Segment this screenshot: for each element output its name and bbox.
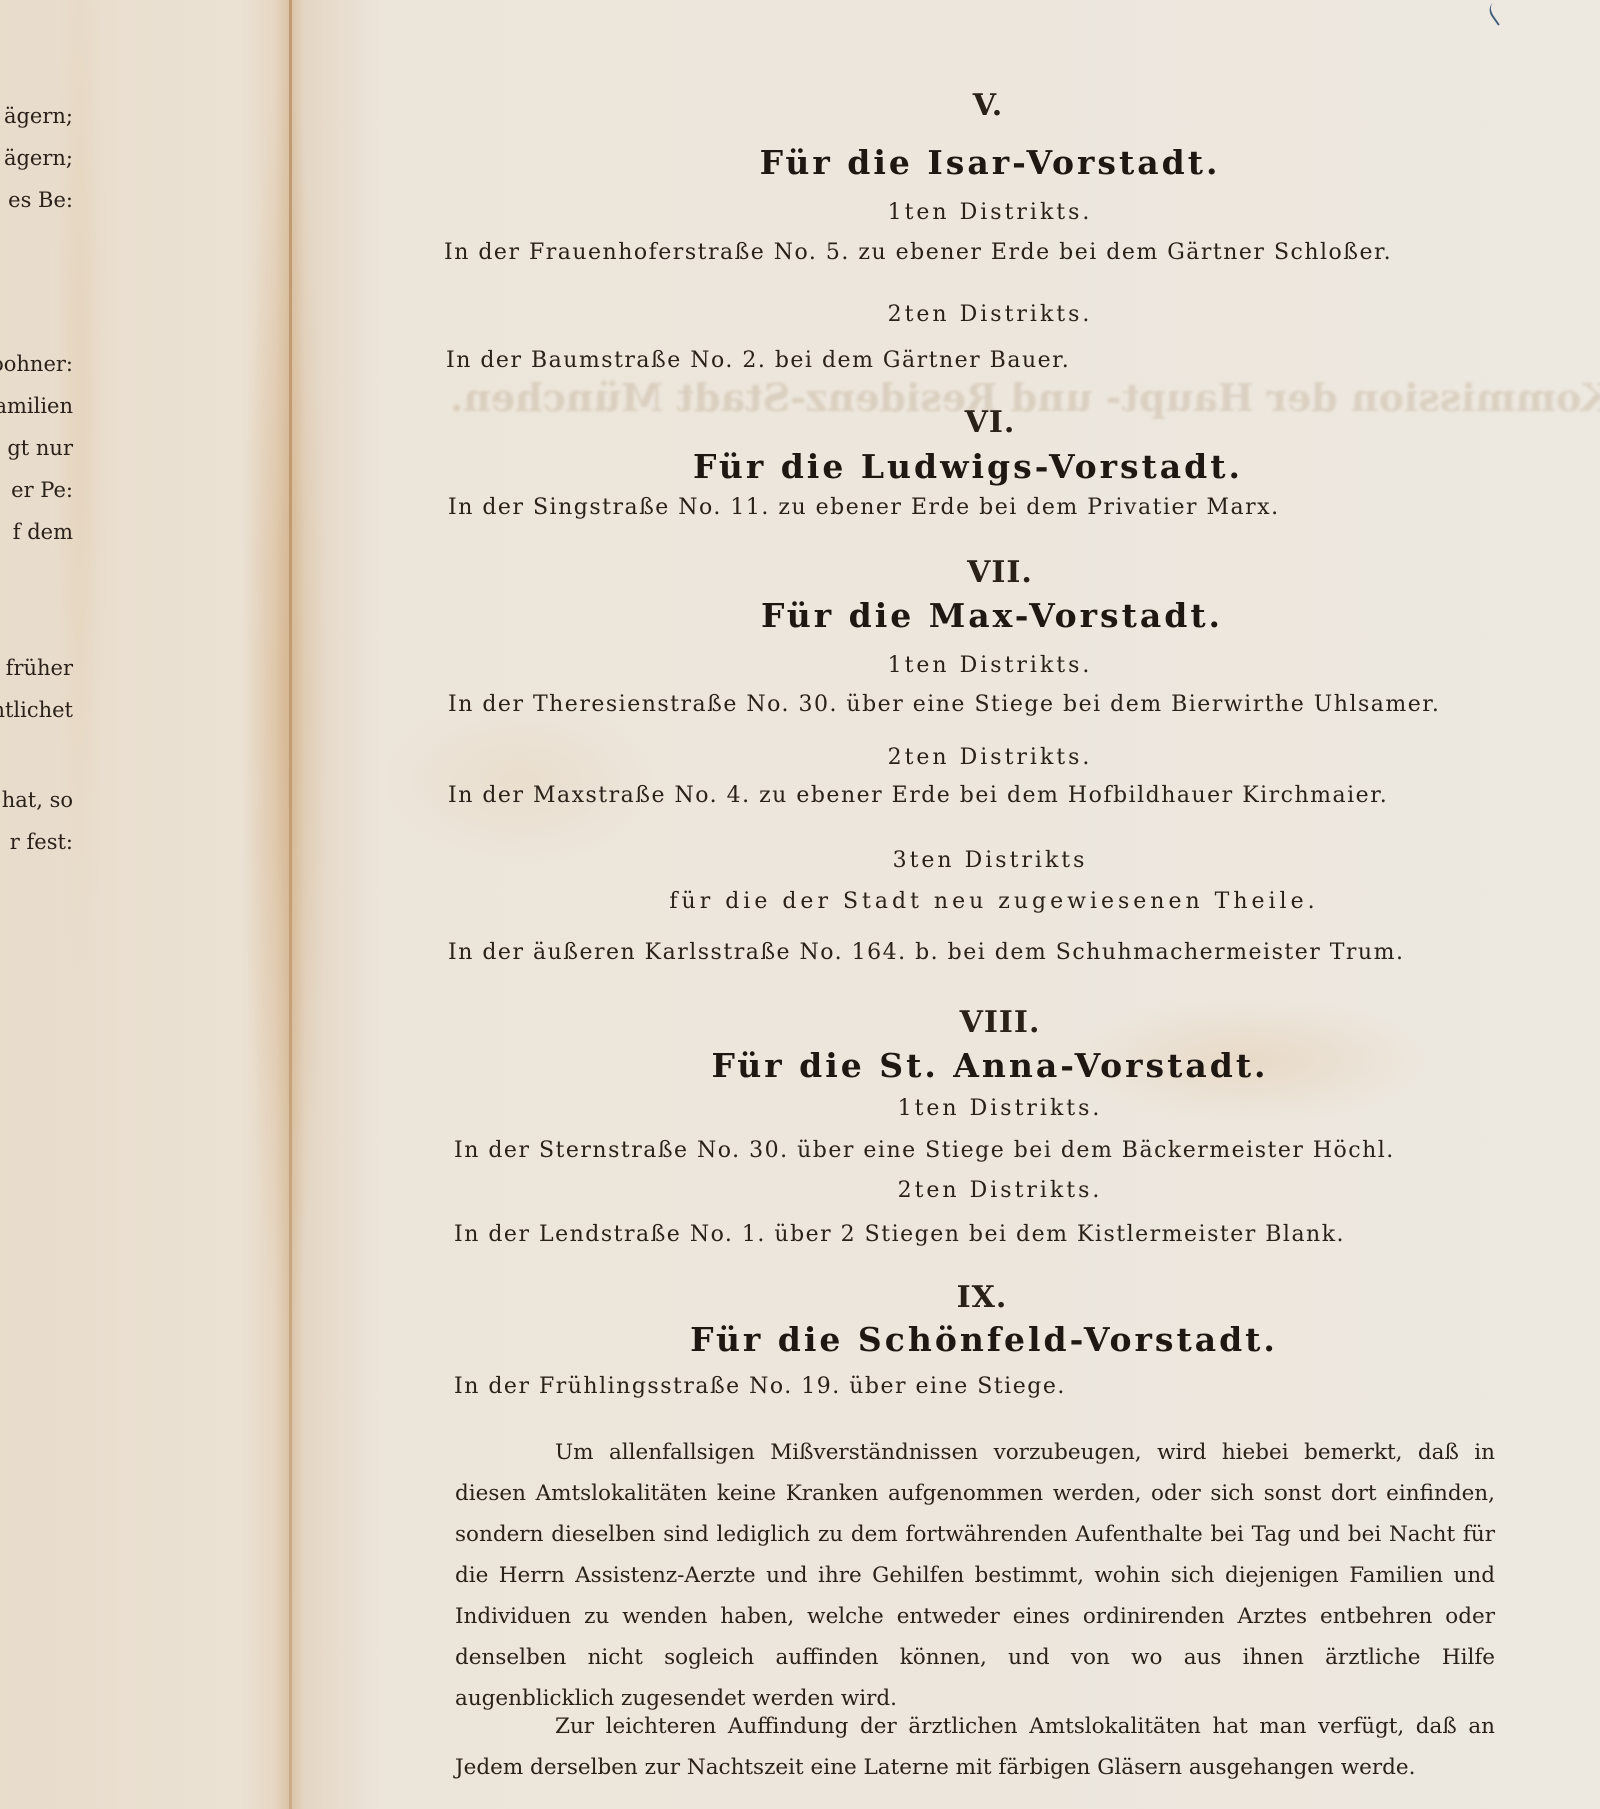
left-page-line: ntlichet — [0, 689, 73, 731]
district-label: 3ten Distrikts — [460, 848, 1520, 873]
left-page-line: ägern; — [4, 95, 73, 137]
section-numeral: VIII. — [470, 1005, 1530, 1040]
section-heading: Für die St. Anna-Vorstadt. — [460, 1046, 1520, 1085]
district-address: In der Frauenhoferstraße No. 5. zu ebene… — [444, 240, 1392, 265]
section-heading: Für die Ludwigs-Vorstadt. — [438, 447, 1498, 486]
left-page-line: ägern; — [4, 137, 73, 179]
district-label: 2ten Distrikts. — [470, 1178, 1530, 1203]
district-label: 1ten Distrikts. — [460, 653, 1520, 678]
district-address: In der äußeren Karlsstraße No. 164. b. b… — [448, 940, 1404, 965]
section-heading: Für die Max-Vorstadt. — [462, 596, 1522, 635]
district-label: 1ten Distrikts. — [460, 200, 1520, 225]
notice-paragraph: Um allenfallsigen Mißverständnissen vorz… — [455, 1432, 1495, 1719]
section-numeral: V. — [458, 88, 1518, 123]
district-address: In der Theresienstraße No. 30. über eine… — [448, 692, 1440, 717]
section-heading: Für die Schönfeld-Vorstadt. — [454, 1320, 1514, 1359]
district-address: In der Singstraße No. 11. zu ebener Erde… — [448, 495, 1280, 520]
left-page-line: gt nur — [7, 427, 73, 469]
district-label: 2ten Distrikts. — [460, 302, 1520, 327]
left-page-line: amilien — [0, 385, 73, 427]
district-sublabel: für die der Stadt neu zugewiesenen Theil… — [464, 889, 1524, 914]
notice-text: Zur leichteren Auffindung der ärztlichen… — [455, 1706, 1495, 1788]
left-page-line: es Be: — [8, 179, 73, 221]
left-page-line: oohner: — [0, 343, 73, 385]
section-numeral: VII. — [470, 555, 1530, 590]
notice-text: Um allenfallsigen Mißverständnissen vorz… — [455, 1432, 1495, 1719]
district-label: 2ten Distrikts. — [460, 745, 1520, 770]
page-fold-gutter — [289, 0, 292, 1809]
district-address: In der Maxstraße No. 4. zu ebener Erde b… — [448, 783, 1388, 808]
left-page-line: früher — [6, 647, 73, 689]
left-page-fragment: ägern; ägern; es Be: oohner: amilien gt … — [0, 95, 75, 875]
district-address: In der Frühlingsstraße No. 19. über eine… — [454, 1374, 1066, 1399]
notice-paragraph: Zur leichteren Auffindung der ärztlichen… — [455, 1706, 1495, 1788]
district-address: In der Lendstraße No. 1. über 2 Stiegen … — [454, 1222, 1345, 1247]
district-address: In der Sternstraße No. 30. über eine Sti… — [454, 1138, 1395, 1163]
left-page-line: er Pe: — [11, 469, 73, 511]
left-page-line: f dem — [13, 511, 73, 553]
section-numeral: IX. — [452, 1280, 1512, 1315]
district-address: In der Baumstraße No. 2. bei dem Gärtner… — [446, 348, 1070, 373]
district-label: 1ten Distrikts. — [470, 1096, 1530, 1121]
section-heading: Für die Isar-Vorstadt. — [460, 143, 1520, 182]
left-page-line: hat, so — [2, 779, 73, 821]
left-page-line: r fest: — [10, 821, 73, 863]
section-numeral: VI. — [460, 405, 1520, 440]
